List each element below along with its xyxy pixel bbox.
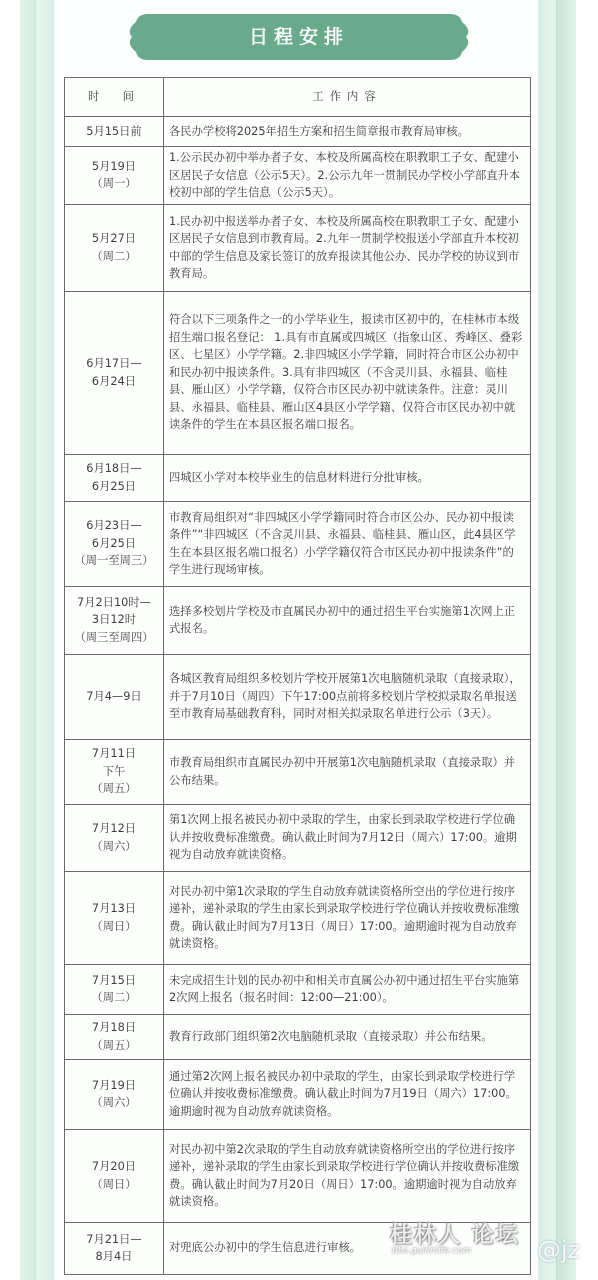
watermark-text: 桂林人 论坛 bbox=[390, 1218, 520, 1249]
schedule-content: 1.公示民办初中举办者子女、本校及所属高校在职教职工子女、配建小区居民子女信息（… bbox=[164, 147, 531, 205]
schedule-time: 6月23日— 6月25日 （周一至周三） bbox=[65, 501, 164, 586]
decorative-frame-right bbox=[538, 0, 576, 1280]
schedule-time: 7月15日 （周二） bbox=[65, 964, 164, 1014]
schedule-time: 7月13日 （周日） bbox=[65, 871, 164, 964]
table-row: 5月15日前各民办学校将2025年招生方案和招生简章报市教育局审核。 bbox=[65, 117, 531, 147]
table-row: 7月12日 （周六）第1次网上报名被民办初中录取的学生，由家长到录取学校进行学位… bbox=[65, 804, 531, 871]
schedule-time: 6月17日— 6月24日 bbox=[65, 291, 164, 454]
schedule-time: 7月4—9日 bbox=[65, 654, 164, 739]
table-row: 6月23日— 6月25日 （周一至周三）市教育局组织对“非四城区小学学籍同时符合… bbox=[65, 501, 531, 586]
schedule-time: 7月19日 （周六） bbox=[65, 1059, 164, 1129]
schedule-content: 1.民办初中报送举办者子女、本校及所属高校在职教职工子女、配建小区居民子女信息到… bbox=[164, 204, 531, 291]
author-handle: @jz bbox=[537, 1236, 580, 1264]
schedule-content: 符合以下三项条件之一的小学毕业生，报读市区初中的，在桂林市本级招生端口报名登记：… bbox=[164, 291, 531, 454]
schedule-content: 教育行政部门组织第2次电脑随机录取（直接录取）并公布结果。 bbox=[164, 1014, 531, 1059]
schedule-content: 第1次网上报名被民办初中录取的学生，由家长到录取学校进行学位确认并按收费标准缴费… bbox=[164, 804, 531, 871]
page-title: 日程安排 bbox=[126, 12, 472, 62]
table-row: 7月19日 （周六）通过第2次网上报名被民办初中录取的学生，由家长到录取学校进行… bbox=[65, 1059, 531, 1129]
schedule-content: 各民办学校将2025年招生方案和招生简章报市教育局审核。 bbox=[164, 117, 531, 147]
schedule-content: 市教育局组织对“非四城区小学学籍同时符合市区公办、民办初中报读条件”“非四城区（… bbox=[164, 501, 531, 586]
schedule-time: 5月19日 （周一） bbox=[65, 147, 164, 205]
header-content: 工作内容 bbox=[164, 78, 531, 117]
title-banner: 日程安排 bbox=[126, 12, 472, 62]
schedule-time: 6月18日— 6月25日 bbox=[65, 454, 164, 501]
schedule-content: 未完成招生计划的民办初中和相关市直属公办初中通过招生平台实施第2次网上报名（报名… bbox=[164, 964, 531, 1014]
schedule-content: 对民办初中第2次录取的学生自动放弃就读资格所空出的学位进行按序递补，递补录取的学… bbox=[164, 1129, 531, 1222]
schedule-time: 7月21日— 8月4日 bbox=[65, 1222, 164, 1274]
schedule-time: 7月2日10时— 3日12时 （周三至周四） bbox=[65, 586, 164, 654]
table-row: 6月17日— 6月24日符合以下三项条件之一的小学毕业生，报读市区初中的，在桂林… bbox=[65, 291, 531, 454]
table-row: 7月11日 下午 （周五）市教育局组织市直属民办初中开展第1次电脑随机录取（直接… bbox=[65, 739, 531, 804]
schedule-time: 5月15日前 bbox=[65, 117, 164, 147]
schedule-time: 5月27日 （周二） bbox=[65, 204, 164, 291]
table-row: 7月20日 （周日）对民办初中第2次录取的学生自动放弃就读资格所空出的学位进行按… bbox=[65, 1129, 531, 1222]
table-row: 6月18日— 6月25日四城区小学对本校毕业生的信息材料进行分批审核。 bbox=[65, 454, 531, 501]
schedule-content: 对民办初中第1次录取的学生自动放弃就读资格所空出的学位进行按序递补，递补录取的学… bbox=[164, 871, 531, 964]
table-row: 5月27日 （周二）1.民办初中报送举办者子女、本校及所属高校在职教职工子女、配… bbox=[65, 204, 531, 291]
decorative-frame-left bbox=[20, 0, 54, 1280]
table-row: 7月15日 （周二）未完成招生计划的民办初中和相关市直属公办初中通过招生平台实施… bbox=[65, 964, 531, 1014]
schedule-time: 7月11日 下午 （周五） bbox=[65, 739, 164, 804]
table-row: 7月13日 （周日）对民办初中第1次录取的学生自动放弃就读资格所空出的学位进行按… bbox=[65, 871, 531, 964]
header-time: 时 间 bbox=[65, 78, 164, 117]
schedule-content: 四城区小学对本校毕业生的信息材料进行分批审核。 bbox=[164, 454, 531, 501]
schedule-content: 选择多校划片学校及市直属民办初中的通过招生平台实施第1次网上正式报名。 bbox=[164, 586, 531, 654]
schedule-content: 市教育局组织市直属民办初中开展第1次电脑随机录取（直接录取）并公布结果。 bbox=[164, 739, 531, 804]
schedule-time: 7月18日 （周五） bbox=[65, 1014, 164, 1059]
schedule-content: 各城区教育局组织多校划片学校开展第1次电脑随机录取（直接录取），并于7月10日（… bbox=[164, 654, 531, 739]
schedule-table: 时 间 工作内容 5月15日前各民办学校将2025年招生方案和招生简章报市教育局… bbox=[64, 77, 531, 1275]
schedule-content: 通过第2次网上报名被民办初中录取的学生，由家长到录取学校进行学位确认并按收费标准… bbox=[164, 1059, 531, 1129]
table-row: 7月18日 （周五）教育行政部门组织第2次电脑随机录取（直接录取）并公布结果。 bbox=[65, 1014, 531, 1059]
schedule-time: 7月20日 （周日） bbox=[65, 1129, 164, 1222]
schedule-time: 7月12日 （周六） bbox=[65, 804, 164, 871]
table-row: 5月19日 （周一）1.公示民办初中举办者子女、本校及所属高校在职教职工子女、配… bbox=[65, 147, 531, 205]
table-row: 7月2日10时— 3日12时 （周三至周四）选择多校划片学校及市直属民办初中的通… bbox=[65, 586, 531, 654]
table-header-row: 时 间 工作内容 bbox=[65, 78, 531, 117]
watermark-url: bbs.guilinlife.com bbox=[392, 1246, 471, 1256]
table-row: 7月4—9日各城区教育局组织多校划片学校开展第1次电脑随机录取（直接录取），并于… bbox=[65, 654, 531, 739]
